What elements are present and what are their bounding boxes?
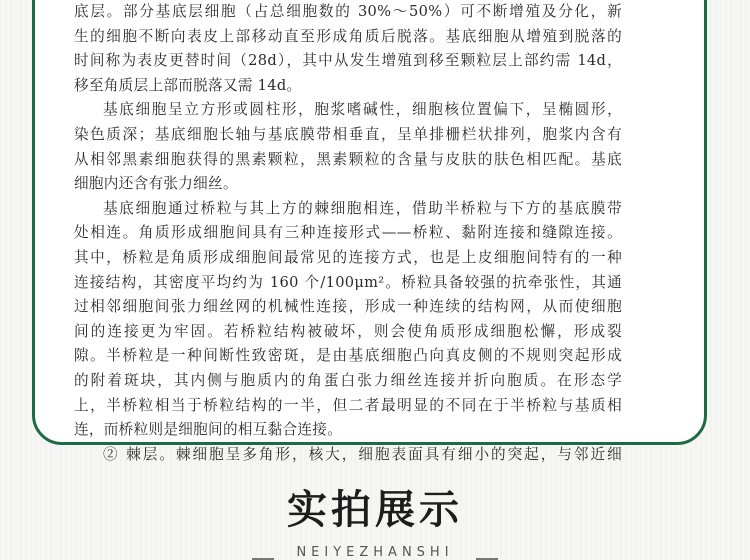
- text-line: 连，而桥粒则是细胞间的相互黏合连接。: [74, 418, 622, 443]
- text-line: 隙。半桥粒是一种间断性致密斑，是由基底细胞凸向真皮侧的不规则突起形成: [74, 344, 622, 369]
- text-line: ② 棘层。棘细胞呈多角形，核大，细胞表面具有细小的突起，与邻近细: [74, 443, 622, 468]
- section-title: 实拍展示: [0, 486, 750, 534]
- text-line: 基底细胞呈立方形或圆柱形，胞浆嗜碱性，细胞核位置偏下，呈椭圆形，: [74, 98, 622, 123]
- text-line: 处相连。角质形成细胞间具有三种连接形式——桥粒、黏附连接和缝隙连接。: [74, 221, 622, 246]
- text-line: 移至角质层上部而脱落又需 14d。: [74, 74, 622, 99]
- text-line: 连接结构，其密度平均约为 160 个/100μm²。桥粒具备较强的抗牵张性，其通: [74, 271, 622, 296]
- section-subtitle: NEIYEZHANSHI: [296, 545, 453, 560]
- text-line: 生的细胞不断向表皮上部移动直至形成角质后脱落。基底细胞从增殖到脱落的: [74, 25, 622, 50]
- text-line: 间的连接更为牢固。若桥粒结构被破坏，则会使角质形成细胞松懈，形成裂: [74, 320, 622, 345]
- text-line: 上，半桥粒相当于桥粒结构的一半，但二者最明显的不同在于半桥粒与基质相: [74, 394, 622, 419]
- text-line: 从相邻黑素细胞获得的黑素颗粒，黑素颗粒的含量与皮肤的肤色相匹配。基底: [74, 148, 622, 173]
- text-line: 基底细胞通过桥粒与其上方的棘细胞相连，借助半桥粒与下方的基底膜带: [74, 197, 622, 222]
- text-line: 细胞内还含有张力细丝。: [74, 172, 622, 197]
- text-line: 染色质深；基底细胞长轴与基底膜带相垂直，呈单排栅栏状排列，胞浆内含有: [74, 123, 622, 148]
- text-line: 底层。部分基底层细胞（占总细胞数的 30%～50%）可不断增殖及分化，新: [74, 0, 622, 25]
- text-line: 过相邻细胞间张力细丝网的机械性连接，形成一种连续的结构网，从而使细胞: [74, 295, 622, 320]
- document-text: 底层。部分基底层细胞（占总细胞数的 30%～50%）可不断增殖及分化，新生的细胞…: [74, 0, 622, 467]
- text-line: 时间称为表皮更替时间（28d），其中从发生增殖到移至颗粒层上部约需 14d，: [74, 49, 622, 74]
- section-subtitle-row: NEIYEZHANSHI: [0, 545, 750, 560]
- text-line: 的附着斑块，其内侧与胞质内的角蛋白张力细丝连接并折向胞质。在形态学: [74, 369, 622, 394]
- text-line: 其中，桥粒是角质形成细胞间最常见的连接方式，也是上皮细胞间特有的一种: [74, 246, 622, 271]
